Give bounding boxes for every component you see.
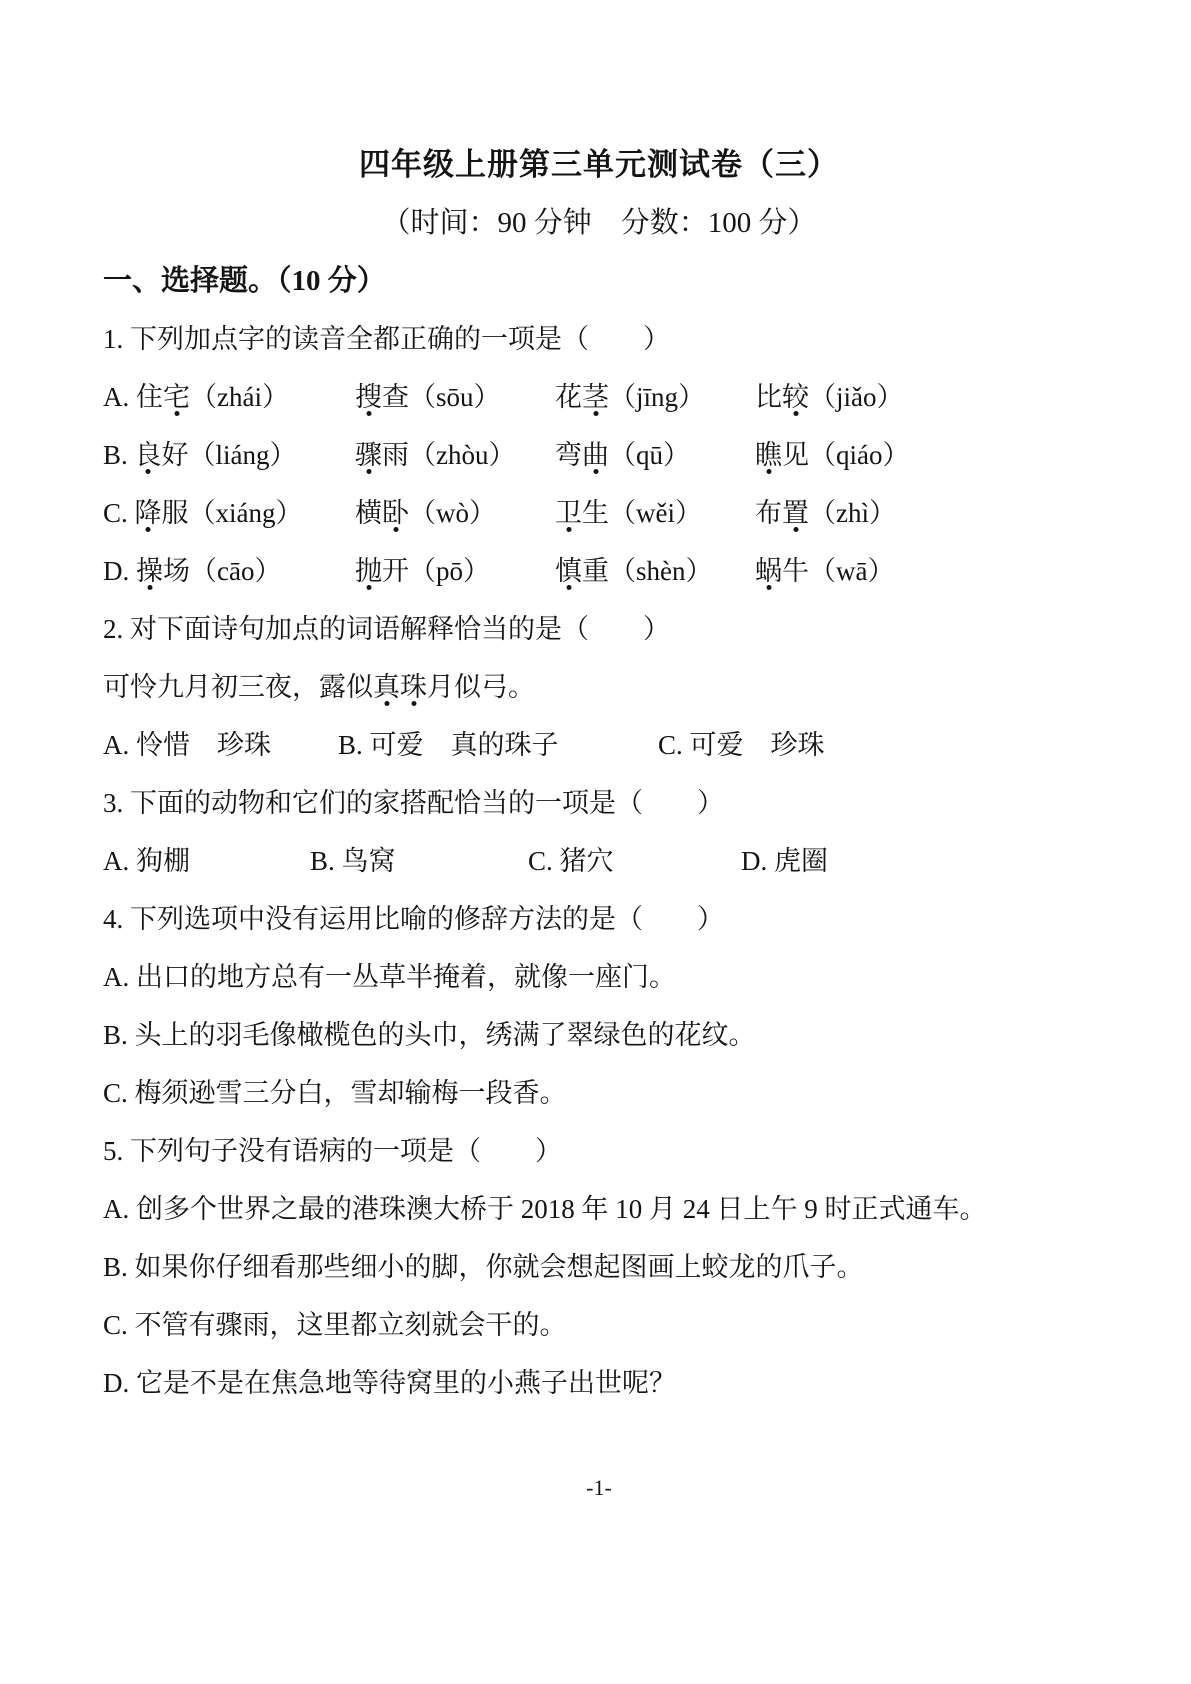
section-heading: 一、选择题。（10 分） [103, 252, 1095, 310]
q1-stem: 1. 下列加点字的读音全都正确的一项是（ ） [103, 310, 1095, 368]
q3-option-d: D. 虎圈 [741, 832, 828, 890]
q1-option-c-word-3: 卫生（wěi） [555, 484, 755, 542]
q1-option-d-word-4: 蜗牛（wā） [755, 542, 894, 600]
q1-option-b-word-3: 弯曲（qū） [555, 426, 755, 484]
q1-option-a-word-1: A. 住宅（zhái） [103, 368, 355, 426]
q5-stem: 5. 下列句子没有语病的一项是（ ） [103, 1122, 1095, 1180]
q1-option-a-word-2: 搜查（sōu） [355, 368, 555, 426]
q5-option-c: C. 不管有骤雨，这里都立刻就会干的。 [103, 1296, 1095, 1354]
test-paper-page: 四年级上册第三单元测试卷（三） （时间：90 分钟 分数：100 分） 一、选择… [0, 0, 1191, 1684]
page-number: -1- [103, 1473, 1095, 1503]
q1-option-b: B. 良好（liáng） 骤雨（zhòu） 弯曲（qū） 瞧见（qiáo） [103, 426, 1095, 484]
q4-stem: 4. 下列选项中没有运用比喻的修辞方法的是（ ） [103, 890, 1095, 948]
q4-option-b: B. 头上的羽毛像橄榄色的头巾，绣满了翠绿色的花纹。 [103, 1006, 1095, 1064]
q3-option-b: B. 鸟窝 [310, 832, 528, 890]
q5-option-b: B. 如果你仔细看那些细小的脚，你就会想起图画上蛟龙的爪子。 [103, 1238, 1095, 1296]
q1-option-c-word-2: 横卧（wò） [355, 484, 555, 542]
exam-time-score-subtitle: （时间：90 分钟 分数：100 分） [103, 194, 1095, 252]
q1-option-c-word-1: C. 降服（xiáng） [103, 484, 355, 542]
q1-option-d-word-2: 抛开（pō） [355, 542, 555, 600]
q4-option-c: C. 梅须逊雪三分白，雪却输梅一段香。 [103, 1064, 1095, 1122]
q3-options-row: A. 狗棚 B. 鸟窝 C. 猪穴 D. 虎圈 [103, 832, 1095, 890]
q1-option-c-word-4: 布置（zhì） [755, 484, 896, 542]
q1-option-d-word-3: 慎重（shèn） [555, 542, 755, 600]
q1-option-b-word-4: 瞧见（qiáo） [755, 426, 910, 484]
q5-option-d: D. 它是不是在焦急地等待窝里的小燕子出世呢？ [103, 1354, 1095, 1412]
q1-option-b-word-2: 骤雨（zhòu） [355, 426, 555, 484]
q1-option-a-word-3: 花茎（jīng） [555, 368, 755, 426]
q5-option-a: A. 创多个世界之最的港珠澳大桥于 2018 年 10 月 24 日上午 9 时… [103, 1180, 1095, 1238]
q1-option-b-word-1: B. 良好（liáng） [103, 426, 355, 484]
q1-option-a-word-4: 比较（jiǎo） [755, 368, 904, 426]
page-title: 四年级上册第三单元测试卷（三） [103, 136, 1095, 194]
q2-options-row: A. 怜惜 珍珠 B. 可爱 真的珠子 C. 可爱 珍珠 [103, 716, 1095, 774]
q4-option-a: A. 出口的地方总有一丛草半掩着，就像一座门。 [103, 948, 1095, 1006]
q2-option-b: B. 可爱 真的珠子 [338, 716, 658, 774]
q3-stem: 3. 下面的动物和它们的家搭配恰当的一项是（ ） [103, 774, 1095, 832]
q2-stem: 2. 对下面诗句加点的词语解释恰当的是（ ） [103, 600, 1095, 658]
q1-option-c: C. 降服（xiáng） 横卧（wò） 卫生（wěi） 布置（zhì） [103, 484, 1095, 542]
q1-option-d: D. 操场（cāo） 抛开（pō） 慎重（shèn） 蜗牛（wā） [103, 542, 1095, 600]
q3-option-a: A. 狗棚 [103, 832, 310, 890]
q2-poem-line: 可怜九月初三夜，露似真珠月似弓。 [103, 658, 1095, 716]
q2-option-c: C. 可爱 珍珠 [658, 716, 825, 774]
q2-option-a: A. 怜惜 珍珠 [103, 716, 338, 774]
q1-option-a: A. 住宅（zhái） 搜查（sōu） 花茎（jīng） 比较（jiǎo） [103, 368, 1095, 426]
q1-option-d-word-1: D. 操场（cāo） [103, 542, 355, 600]
q3-option-c: C. 猪穴 [528, 832, 741, 890]
